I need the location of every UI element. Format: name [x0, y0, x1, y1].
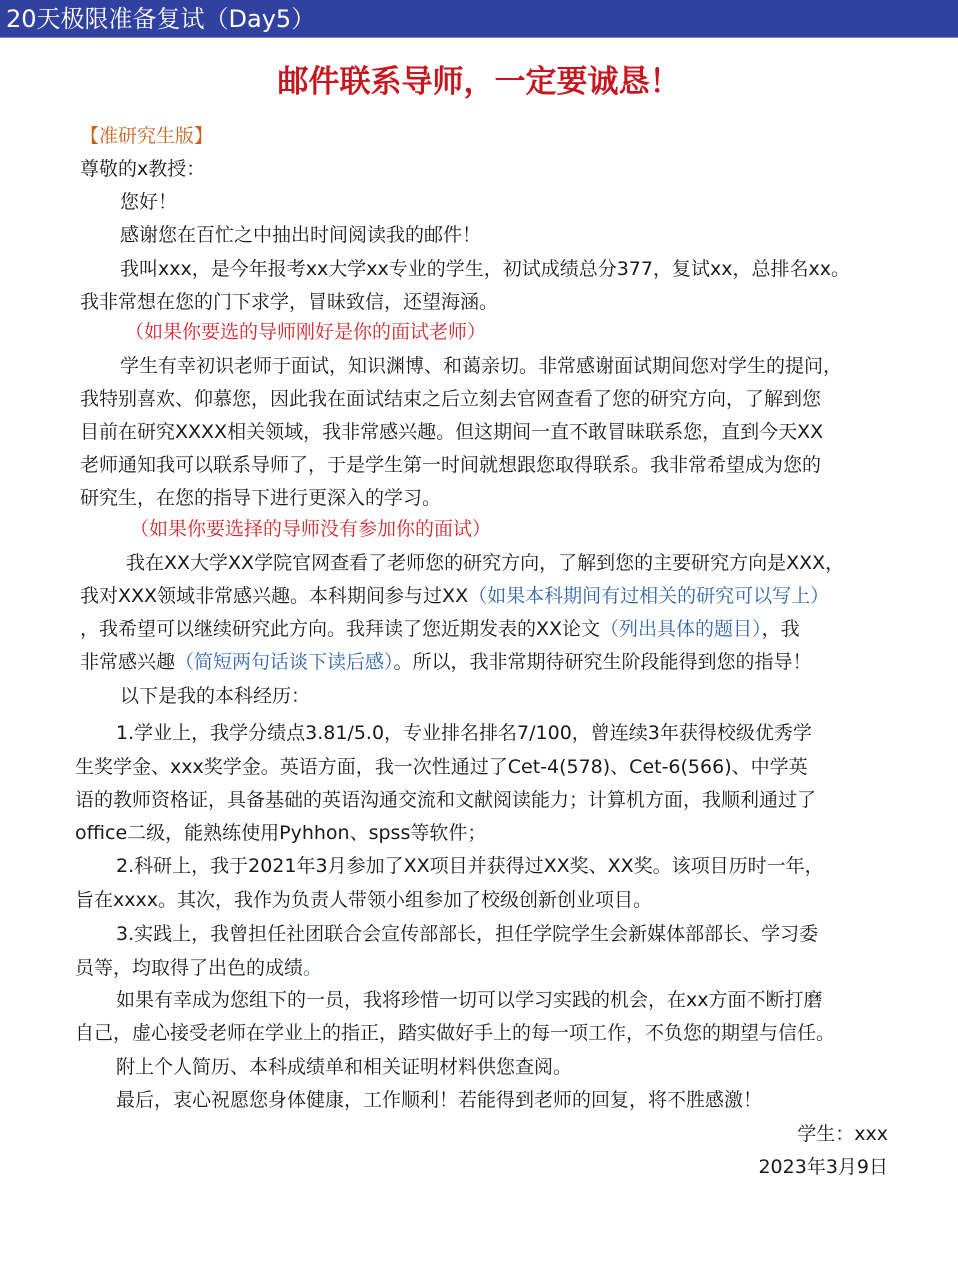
experience-item1-line: office二级，能熟练使用Pyhhon、spss等软件； [75, 820, 486, 846]
experience-item3-text: 员等，均取得了出色的成绩 [75, 957, 303, 979]
attachment-line: 附上个人简历、本科成绩单和相关证明材料供您查阅。 [116, 1054, 572, 1080]
experience-item2-line: 旨在xxxx。其次，我作为负责人带领小组参加了校级创新创业项目。 [75, 887, 652, 913]
experience-item3-line-2: 员等，均取得了出色的成绩。 [75, 955, 322, 981]
intro-line-1: 我叫xxx，是今年报考xx大学xx专业的学生，初试成绩总分377，复试xx，总排… [120, 256, 850, 282]
date: 2023年3月9日 [758, 1154, 888, 1180]
header-bar: 20天极限准备复试（Day5） [0, 0, 958, 38]
case1-line: 学生有幸初识老师于面试，知识渊博、和蔼亲切。非常感谢面试期间您对学生的提问， [120, 353, 842, 379]
case2-line-4-text: 非常感兴趣 [80, 651, 175, 673]
case2-note: （如果你要选择的导师没有参加你的面试） [130, 516, 491, 542]
version-label: 【准研究生版】 [80, 123, 213, 149]
case2-hint-paper: （列出具体的题目） [600, 618, 762, 640]
document-title: 邮件联系导师，一定要诚恳！ [0, 62, 958, 102]
case2-line-4-tail: 。所以，我非常期待研究生阶段能得到您的指导！ [394, 651, 812, 673]
case2-line-2: 我对XXX领域非常感兴趣。本科期间参与过XX（如果本科期间有过相关的研究可以写上… [80, 583, 829, 609]
case1-note: （如果你要选的导师刚好是你的面试老师） [125, 319, 486, 345]
signature: 学生：xxx [797, 1121, 888, 1147]
closing-hope-line: 自己，虚心接受老师在学业上的指正，踏实做好手上的每一项工作，不负您的期望与信任。 [75, 1020, 835, 1046]
case2-line-3: ，我希望可以继续研究此方向。我拜读了您近期发表的XX论文（列出具体的题目），我 [80, 616, 800, 642]
experience-item1-line: 1.学业上，我学分绩点3.81/5.0，专业排名排名7/100，曾连续3年获得校… [116, 720, 812, 746]
closing-hope-line: 如果有幸成为您组下的一员，我将珍惜一切可以学习实践的机会，在xx方面不断打磨 [116, 987, 823, 1013]
case1-line: 我特别喜欢、仰慕您，因此我在面试结束之后立刻去官网查看了您的研究方向，了解到您 [80, 386, 821, 412]
case2-line-3-text: ，我希望可以继续研究此方向。我拜读了您近期发表的XX论文 [80, 618, 600, 640]
intro-line-2: 我非常想在您的门下求学，冒昧致信，还望海涵。 [80, 289, 498, 315]
thanks-line: 感谢您在百忙之中抽出时间阅读我的邮件！ [120, 222, 481, 248]
experience-item3-period: 。 [303, 957, 322, 979]
experience-item2-line: 2.科研上，我于2021年3月参加了XX项目并获得过XX奖、XX奖。该项目历时一… [116, 853, 824, 879]
experience-item1-line: 语的教师资格证，具备基础的英语沟通交流和文献阅读能力；计算机方面，我顺利通过了 [75, 787, 816, 813]
case1-line: 老师通知我可以联系导师了，于是学生第一时间就想跟您取得联系。我非常希望成为您的 [80, 452, 821, 478]
experience-intro: 以下是我的本科经历： [120, 683, 310, 709]
header-title: 20天极限准备复试（Day5） [6, 4, 315, 34]
case2-hint-research: （如果本科期间有过相关的研究可以写上） [468, 585, 829, 607]
case1-line: 研究生，在您的指导下进行更深入的学习。 [80, 485, 441, 511]
wishes-line: 最后，衷心祝愿您身体健康，工作顺利！若能得到老师的回复，将不胜感激！ [116, 1087, 762, 1113]
experience-item3-line: 3.实践上，我曾担任社团联合会宣传部部长，担任学院学生会新媒体部部长、学习委 [116, 921, 818, 947]
case2-line-2-text: 我对XXX领域非常感兴趣。本科期间参与过XX [80, 585, 468, 607]
case2-line-1: 我在XX大学XX学院官网查看了老师您的研究方向，了解到您的主要研究方向是XXX， [126, 550, 844, 576]
case2-line-4: 非常感兴趣（简短两句话谈下读后感）。所以，我非常期待研究生阶段能得到您的指导！ [80, 649, 812, 675]
salutation: 尊敬的x教授： [80, 156, 205, 182]
case2-line-3-tail: ，我 [762, 618, 800, 640]
case1-line: 目前在研究XXXX相关领域，我非常感兴趣。但这期间一直不敢冒昧联系您，直到今天X… [80, 419, 823, 445]
case2-hint-reflection: （简短两句话谈下读后感） [175, 651, 394, 673]
experience-item1-line: 生奖学金、xxx奖学金。英语方面，我一次性通过了Cet-4(578)、Cet-6… [75, 754, 808, 780]
greeting: 您好！ [120, 189, 177, 215]
